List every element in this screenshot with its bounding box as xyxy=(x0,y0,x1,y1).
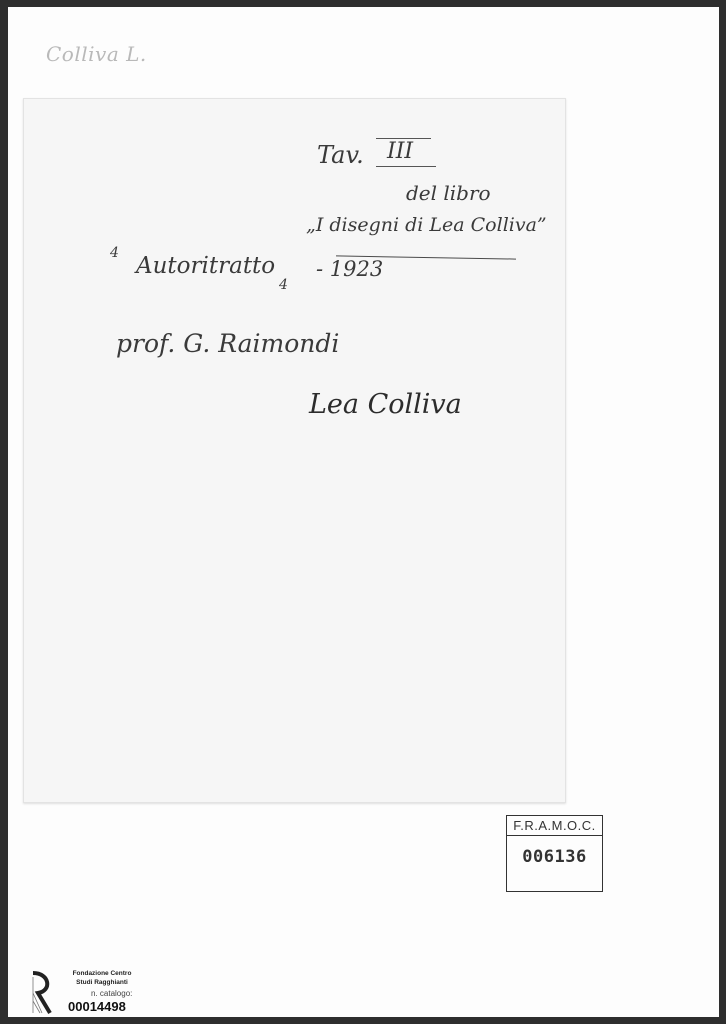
archive-sheet: Colliva L. Tav. III del libro „I disegni… xyxy=(8,7,719,1017)
work-year: - 1923 xyxy=(316,257,383,281)
foundation-name-line2: Studi Ragghianti xyxy=(68,978,136,987)
del-libro-text: del libro xyxy=(406,181,491,205)
ragghianti-r-logo-icon xyxy=(30,971,52,1015)
foundation-label: Fondazione Centro Studi Ragghianti n. ca… xyxy=(23,967,143,1015)
framoc-stamp: F.R.A.M.O.C. 006136 xyxy=(506,815,603,892)
stamp-number: 006136 xyxy=(507,847,602,867)
tavola-underline xyxy=(376,166,436,167)
professor-name: prof. G. Raimondi xyxy=(116,329,339,358)
foundation-name-line1: Fondazione Centro xyxy=(68,969,136,978)
catalog-number: 00014498 xyxy=(68,999,126,1014)
photograph-verso: Tav. III del libro „I disegni di Lea Col… xyxy=(23,98,566,803)
index-mark: 4 xyxy=(110,245,119,261)
foundation-name: Fondazione Centro Studi Ragghianti xyxy=(68,969,136,987)
work-title: Autoritratto xyxy=(136,253,275,279)
tavola-number: III xyxy=(387,139,413,164)
index-mark-2: 4 xyxy=(279,277,288,293)
corner-note: Colliva L. xyxy=(46,42,147,66)
book-title: „I disegni di Lea Colliva” xyxy=(306,214,547,236)
catalog-label: n. catalogo: xyxy=(91,989,132,998)
tavola-prefix: Tav. xyxy=(317,141,364,169)
stamp-header: F.R.A.M.O.C. xyxy=(507,816,602,836)
artist-signature: Lea Colliva xyxy=(309,389,462,420)
